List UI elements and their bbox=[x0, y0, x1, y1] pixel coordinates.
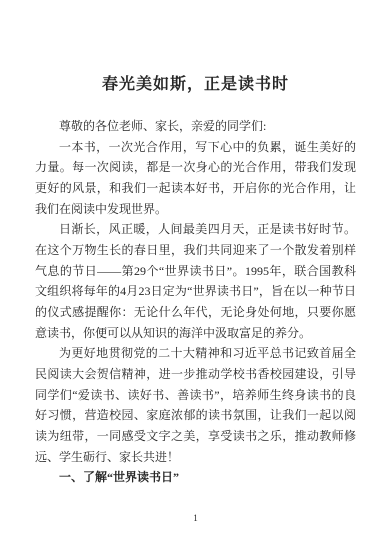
salutation: 尊敬的各位老师、家长，亲爱的同学们: bbox=[35, 116, 356, 137]
paragraph: 为更好地贯彻党的二十大精神和习近平总书记致首届全民阅读大会贺信精神，进一步推动学… bbox=[35, 343, 356, 467]
section-heading: 一、了解“世界读书日” bbox=[35, 467, 356, 488]
document-title: 春光美如斯，正是读书时 bbox=[0, 0, 391, 94]
paragraph: 一本书，一次光合作用，写下心中的负累，诞生美好的力量。每一次阅读，都是一次身心的… bbox=[35, 137, 356, 220]
paragraph: 日渐长，风正暖，人间最美四月天，正是读书好时节。在这个万物生长的春日里，我们共同… bbox=[35, 219, 356, 343]
document-body: 尊敬的各位老师、家长，亲爱的同学们: 一本书，一次光合作用，写下心中的负累，诞生… bbox=[35, 116, 356, 488]
document-page: 春光美如斯，正是读书时 尊敬的各位老师、家长，亲爱的同学们: 一本书，一次光合作… bbox=[0, 0, 391, 550]
page-number: 1 bbox=[0, 512, 391, 524]
